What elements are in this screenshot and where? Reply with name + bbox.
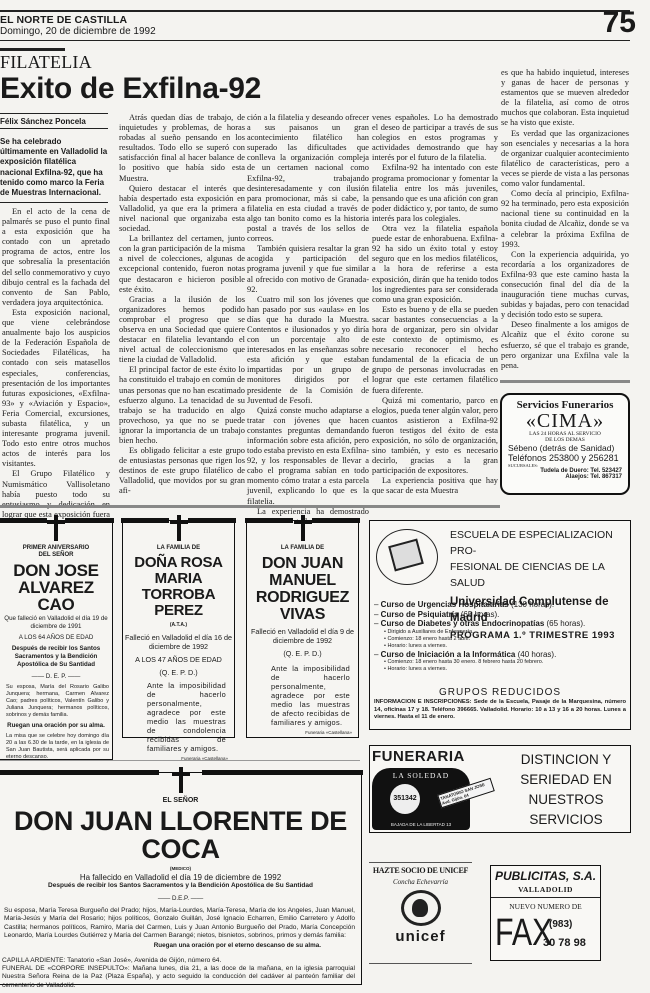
acknowledgement: Ante la imposibilidad de hacerlo persona… [123, 681, 234, 753]
separator [0, 760, 360, 761]
masthead: EL NORTE DE CASTILLA [0, 14, 127, 26]
section-label: FILATELIA [0, 52, 92, 73]
article-column-1: En el acto de la cena de palmarés se pus… [2, 207, 110, 540]
ad-publicitas: PUBLICITAS, S.A. VALLADOLID NUEVO NUMERO… [490, 865, 601, 961]
page-number: 75 [603, 6, 636, 40]
cross-icon [169, 515, 189, 541]
obituary-juan-llorente-de-coca: EL SEÑOR DON JUAN LLORENTE DE COCA (MEDI… [0, 772, 362, 985]
ad-cima-funeral-services: Servicios Funerarios «CIMA» LAS 24 HORAS… [500, 393, 630, 495]
paragraph: ción a la filatelia y deseando ofrecer a… [247, 113, 369, 244]
course-note: • Comienzo: 18 enero hasta 30 enero. 8 f… [374, 659, 626, 666]
paragraph: Quizá mi comentario, parco en elogios, p… [372, 396, 498, 477]
enrollment-info: INFORMACION E INSCRIPCIONES: Sede de la … [374, 699, 626, 722]
deceased-name: DON JUAN LLORENTE DE COCA [2, 807, 359, 863]
prayer-request: Ruegan una oración por su alma. [0, 722, 112, 730]
rip: (Q. E. P. D.) [247, 649, 358, 658]
soledad-phone: 351342 [390, 784, 420, 814]
obituary-rosa-maria-torroba: LA FAMILIA DE DOÑA ROSA MARIA TORROBA PE… [122, 520, 235, 738]
course-note: • Dirigido a Auxiliares de Enfermería. [374, 629, 626, 636]
paragraph: Cuatro mil son los jóvenes que han pasad… [247, 295, 369, 406]
cima-brand: «CIMA» [508, 411, 622, 431]
fax-number: 30 78 98 [543, 937, 586, 949]
paragraph: Como decía al principio, Exfilna-92 ha t… [501, 189, 629, 250]
paragraph: La brillantez del certamen, junto con la… [119, 234, 245, 295]
course-item: – Curso de Iniciación a la Informática (… [374, 650, 626, 660]
slogan-line: SERVICIOS [510, 810, 622, 830]
funeral-home: Funeraria «Castellana» [247, 730, 358, 735]
unicef-emblem-icon [401, 890, 441, 926]
byline-rule-bottom [0, 128, 108, 129]
article-lede: Se ha celebrado últimamente en Valladoli… [0, 137, 108, 198]
cima-address: Sébeno (detrás de Sanidad) [508, 443, 622, 453]
article-column-5: es que ha habido inquietud, intereses y … [501, 68, 629, 371]
paragraph: El principal factor de este éxito lo ha … [119, 365, 245, 446]
cima-branch-2: Alaejos: Tel. 867317 [508, 474, 622, 480]
paragraph: Otra vez la filatelia española puede est… [372, 224, 498, 305]
unicef-headline: HAZTE SOCIO DE UNICEF [369, 866, 472, 875]
cima-phones: Teléfonos 253800 y 256281 [508, 453, 622, 463]
course-list: – Curso de Urgencias Hospitalarias (130 … [374, 600, 626, 673]
obituary-preface: LA FAMILIA DE [247, 545, 358, 551]
paragraph: Exfilna-92 ha intentado con este program… [372, 163, 498, 224]
prayer-request: Ruegan una oración por el eterno descans… [0, 942, 361, 949]
paragraph: Esto es bueno y de ella se pueden sacar … [372, 305, 498, 396]
rip: (Q. E. P. D.) [123, 668, 234, 677]
article-bottom-rule [0, 505, 500, 508]
university-seal-icon [376, 529, 438, 585]
dateline: Domingo, 20 de diciembre de 1992 [0, 26, 156, 37]
paragraph: Es obligado felicitar a este grupo de en… [119, 446, 245, 496]
byline: Félix Sánchez Poncela [0, 117, 86, 126]
slogan-line: DISTINCION Y [510, 750, 622, 770]
obituary-juan-manuel-rodriguez: LA FAMILIA DE DON JUAN MANUEL RODRIGUEZ … [246, 520, 359, 738]
age: A LOS 64 AÑOS DE EDAD [0, 634, 112, 642]
course-item: – Curso de Diabetes y otras Endocrinopat… [374, 619, 626, 629]
byline-rule-top [0, 113, 108, 114]
paragraph: Atrás quedan días de trabajo, de inquiet… [119, 113, 245, 184]
obituary-preface: PRIMER ANIVERSARIO [0, 545, 112, 551]
mass-notice: La misa que se celebre hoy domingo día 2… [0, 730, 112, 761]
obituary-jose-alvarez-cao: PRIMER ANIVERSARIO DEL SEÑOR DON JOSE AL… [0, 520, 113, 760]
death-date: Falleció en Valladolid el día 16 de dici… [123, 633, 234, 651]
cross-icon [171, 767, 191, 793]
paragraph: Es verdad que las organizaciones son ese… [501, 129, 629, 190]
soledad-title: FUNERARIA [372, 748, 465, 765]
family-list: Su esposa, María Teresa Burgueño del Pra… [0, 903, 361, 941]
paragraph: También quisiera resaltar la gran acogid… [247, 244, 369, 294]
paragraph: es que ha habido inquietud, intereses y … [501, 68, 629, 129]
funeral-notice: FUNERAL DE «CORPORE INSEPULTO»: Mañana l… [0, 965, 361, 990]
cross-icon [46, 515, 66, 541]
obituary-preface-2: DEL SEÑOR [0, 552, 112, 558]
cross-icon [293, 515, 313, 541]
article-column-2: Atrás quedan días de trabajo, de inquiet… [119, 113, 245, 497]
article-column-3: ción a la filatelia y deseando ofrecer a… [247, 113, 369, 527]
death-date: Falleció en Valladolid el día 9 de dicie… [247, 627, 358, 645]
obituary-preface: EL SEÑOR [0, 797, 361, 804]
paragraph: Deseo finalmente a los amigos de Alcañiz… [501, 320, 629, 370]
course-note: • Horario: lunes a viernes. [374, 643, 626, 650]
age: A LOS 47 AÑOS DE EDAD [123, 655, 234, 664]
course-item: – Curso de Urgencias Hospitalarias (130 … [374, 600, 626, 610]
fax-block: FAX (983) 30 78 98 [491, 911, 600, 959]
title-note: (MEDICO) [0, 865, 361, 873]
top-rule [0, 10, 630, 12]
fax-area-code: (983) [549, 919, 572, 930]
paragraph: Gracias a la ilusión de los organizadore… [119, 295, 245, 366]
col5-bottom-rule [500, 380, 630, 383]
slogan-line: SERIEDAD EN [510, 770, 622, 790]
rip: —— D. E. P. —— [0, 673, 112, 681]
course-note: • Comienzo: 18 enero hasta 2 abril. [374, 636, 626, 643]
acknowledgement: Ante la imposibilidad de hacerlo persona… [247, 664, 358, 727]
course-note: • Horario: lunes a viernes. [374, 666, 626, 673]
school-title-line-1: ESCUELA DE ESPECIALIZACION PRO- [450, 527, 630, 559]
death-date: Ha fallecido en Valladolid el día 19 de … [0, 873, 361, 882]
death-date: Que falleció en Valladolid el día 19 de … [0, 615, 112, 631]
title-note: (A.T.A.) [123, 621, 234, 629]
sacraments: Después de recibir los Santos Sacramento… [0, 882, 361, 890]
paragraph: La experiencia positiva que hay que saca… [372, 476, 498, 496]
soledad-address: BAJADA DE LA LIBERTAD 13 [378, 822, 464, 827]
sacraments: Después de recibir los Santos Sacramento… [0, 645, 112, 669]
ad-unicef: HAZTE SOCIO DE UNICEF Concha Echevarría … [369, 862, 472, 964]
chapel-notice: CAPILLA ARDIENTE: Tanatorio «San José», … [0, 949, 361, 965]
paragraph: Quizá conste mucho adaptarse a tratar co… [247, 406, 369, 507]
deceased-name: DON JUAN MANUEL RODRIGUEZ VIVAS [249, 555, 356, 623]
obituary-preface: LA FAMILIA DE [123, 545, 234, 551]
header-rule [0, 40, 630, 41]
publicitas-name: PUBLICITAS, S.A. [491, 869, 600, 883]
ad-funeraria-la-soledad: FUNERARIA LA SOLEDAD 351342 BAJADA DE LA… [369, 745, 631, 833]
soledad-name: LA SOLEDAD [378, 771, 464, 780]
lede-rule [0, 202, 108, 203]
groups-notice: GRUPOS REDUCIDOS [370, 687, 630, 698]
course-item: – Curso de Psiquiatría (65 horas). [374, 610, 626, 620]
family-list: Su esposa, María del Rosario Galibo Junq… [0, 681, 112, 719]
article-column-4: venes españoles. Lo ha demostrado el des… [372, 113, 498, 497]
unicef-signature: Concha Echevarría [369, 878, 472, 886]
paragraph: Quiero destacar el interés que había des… [119, 184, 245, 234]
section-rule [0, 48, 65, 51]
deceased-name: DON JOSE ALVAREZ CAO [2, 562, 110, 613]
headline: Exito de Exfilna-92 [0, 72, 261, 106]
rip: —— D.E.P. —— [0, 895, 361, 903]
ad-health-sciences-school: ESCUELA DE ESPECIALIZACION PRO- FESIONAL… [369, 520, 631, 730]
paragraph: Con la experiencia adquirida, yo recorda… [501, 250, 629, 321]
paragraph: Esta exposición nacional, que viene cele… [2, 308, 110, 470]
unicef-logo: unicef [369, 928, 472, 945]
slogan-line: NUESTROS [510, 790, 622, 810]
school-title-line-2: FESIONAL DE CIENCIAS DE LA SALUD [450, 559, 630, 591]
paragraph: venes españoles. Lo ha demostrado el des… [372, 113, 498, 163]
soledad-slogan: DISTINCION Y SERIEDAD EN NUESTROS SERVIC… [510, 750, 622, 830]
publicitas-city: VALLADOLID [491, 885, 600, 898]
deceased-name: DOÑA ROSA MARIA TORROBA PEREZ [125, 555, 232, 619]
publicitas-line: NUEVO NUMERO DE [491, 902, 600, 911]
paragraph: En el acto de la cena de palmarés se pus… [2, 207, 110, 308]
